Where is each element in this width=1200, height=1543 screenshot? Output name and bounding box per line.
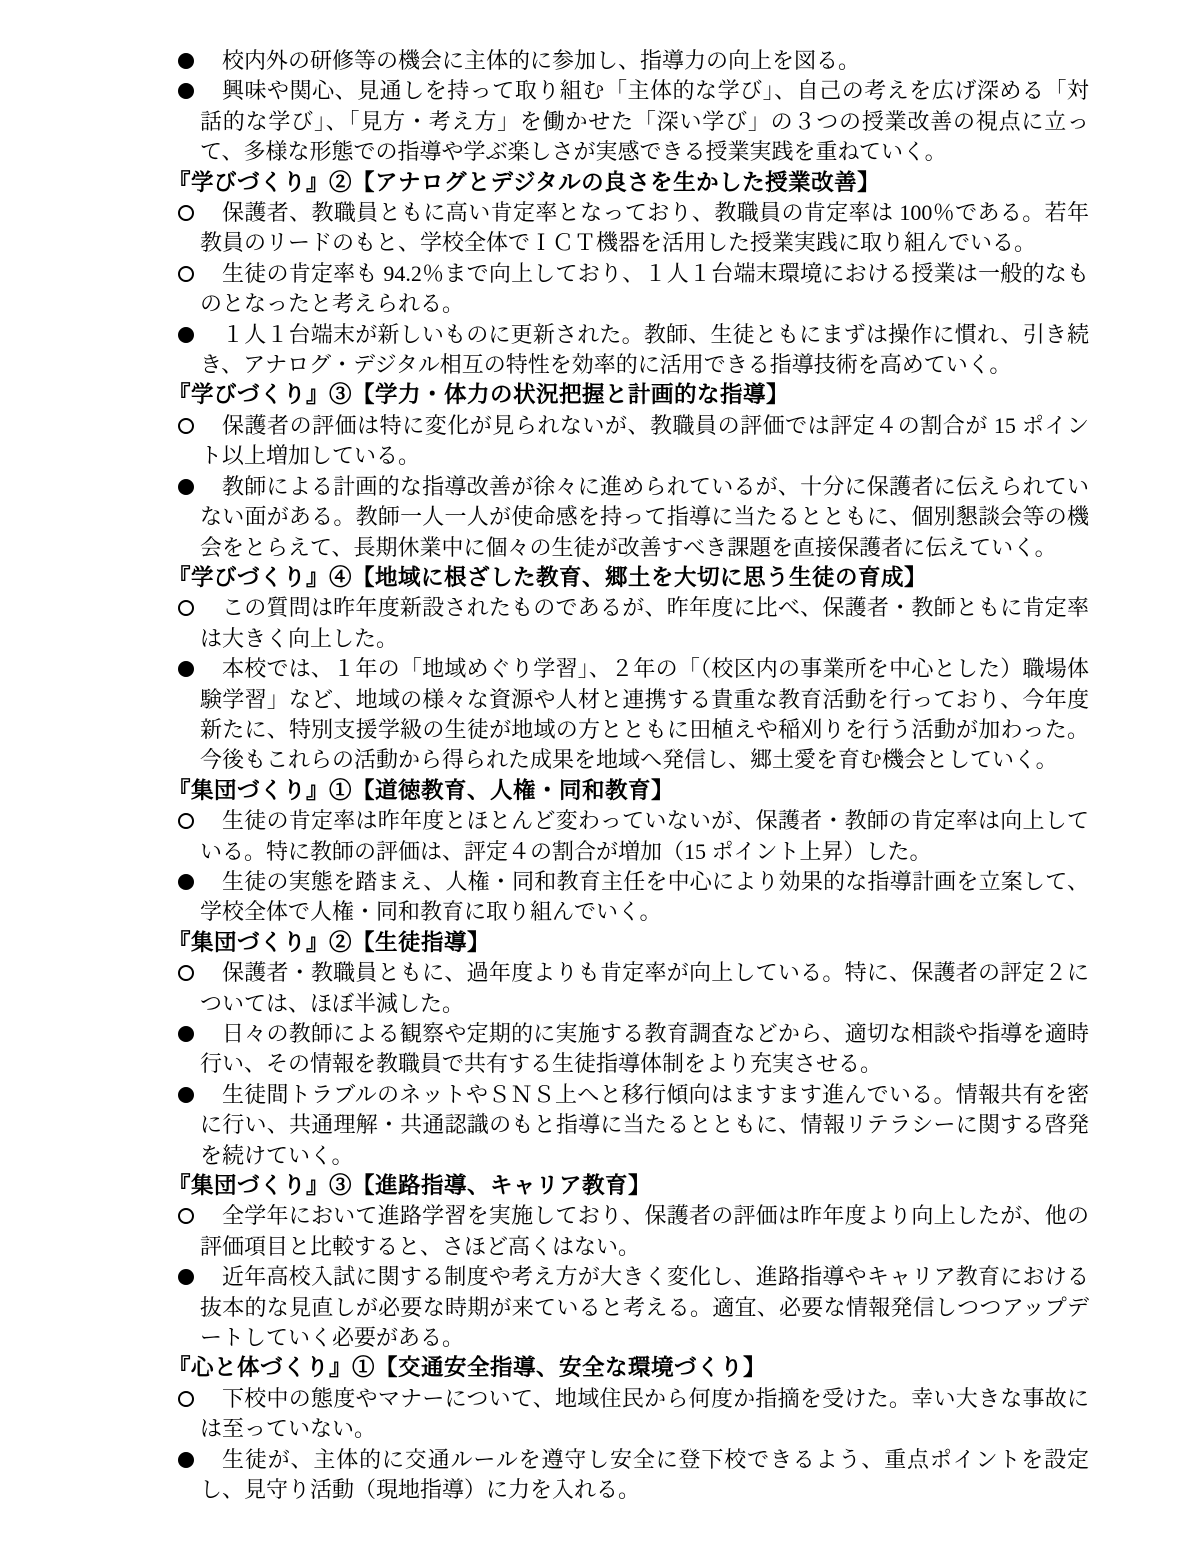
filled-circle-bullet-icon: [178, 1026, 194, 1042]
bullet-item: この質問は昨年度新設されたものであるが、昨年度に比べ、保護者・教師ともに肯定率は…: [168, 593, 1089, 654]
open-circle-bullet-icon: [178, 813, 194, 829]
bullet-item: 下校中の態度やマナーについて、地域住民から何度か指摘を受けた。幸い大きな事故には…: [168, 1384, 1089, 1445]
open-circle-bullet-icon: [178, 600, 194, 616]
bullet-text: 生徒の肯定率も 94.2％まで向上しており、１人１台端末環境における授業は一般的…: [200, 259, 1089, 320]
bullet-text: 下校中の態度やマナーについて、地域住民から何度か指摘を受けた。幸い大きな事故には…: [200, 1384, 1089, 1445]
filled-circle-bullet-icon: [178, 327, 194, 343]
section-heading: 『学びづくり』②【アナログとデジタルの良さを生かした授業改善】: [168, 168, 1089, 198]
bullet-item: 校内外の研修等の機会に主体的に参加し、指導力の向上を図る。: [168, 46, 1089, 76]
filled-circle-bullet-icon: [178, 1269, 194, 1285]
bullet-text: 生徒の実態を踏まえ、人権・同和教育主任を中心により効果的な指導計画を立案して、学…: [200, 867, 1089, 928]
bullet-text: 生徒が、主体的に交通ルールを遵守し安全に登下校できるよう、重点ポイントを設定し、…: [200, 1445, 1089, 1506]
bullet-item: 保護者・教職員ともに、過年度よりも肯定率が向上している。特に、保護者の評定２につ…: [168, 958, 1089, 1019]
bullet-text: 近年高校入試に関する制度や考え方が大きく変化し、進路指導やキャリア教育における抜…: [200, 1262, 1089, 1353]
open-circle-bullet-icon: [178, 965, 194, 981]
bullet-item: 生徒の肯定率は昨年度とほとんど変わっていないが、保護者・教師の肯定率は向上してい…: [168, 806, 1089, 867]
bullet-text: この質問は昨年度新設されたものであるが、昨年度に比べ、保護者・教師ともに肯定率は…: [200, 593, 1089, 654]
section-heading: 『学びづくり』④【地域に根ざした教育、郷土を大切に思う生徒の育成】: [168, 563, 1089, 593]
bullet-text: 興味や関心、見通しを持って取り組む「主体的な学び」、自己の考えを広げ深める「対話…: [200, 76, 1089, 167]
bullet-item: 近年高校入試に関する制度や考え方が大きく変化し、進路指導やキャリア教育における抜…: [168, 1262, 1089, 1353]
bullet-item: 保護者の評価は特に変化が見られないが、教職員の評価では評定４の割合が 15 ポイ…: [168, 411, 1089, 472]
filled-circle-bullet-icon: [178, 661, 194, 677]
open-circle-bullet-icon: [178, 205, 194, 221]
bullet-text: 本校では、１年の「地域めぐり学習」、２年の「（校区内の事業所を中心とした）職場体…: [200, 654, 1089, 776]
bullet-text: 保護者・教職員ともに、過年度よりも肯定率が向上している。特に、保護者の評定２につ…: [200, 958, 1089, 1019]
open-circle-bullet-icon: [178, 418, 194, 434]
open-circle-bullet-icon: [178, 266, 194, 282]
bullet-text: 全学年において進路学習を実施しており、保護者の評価は昨年度より向上したが、他の評…: [200, 1201, 1089, 1262]
open-circle-bullet-icon: [178, 1391, 194, 1407]
filled-circle-bullet-icon: [178, 1452, 194, 1468]
open-circle-bullet-icon: [178, 1208, 194, 1224]
bullet-item: 生徒の実態を踏まえ、人権・同和教育主任を中心により効果的な指導計画を立案して、学…: [168, 867, 1089, 928]
filled-circle-bullet-icon: [178, 874, 194, 890]
bullet-item: 生徒が、主体的に交通ルールを遵守し安全に登下校できるよう、重点ポイントを設定し、…: [168, 1445, 1089, 1506]
section-heading: 『心と体づくり』①【交通安全指導、安全な環境づくり】: [168, 1353, 1089, 1383]
bullet-text: 保護者の評価は特に変化が見られないが、教職員の評価では評定４の割合が 15 ポイ…: [200, 411, 1089, 472]
section-heading: 『集団づくり』②【生徒指導】: [168, 928, 1089, 958]
filled-circle-bullet-icon: [178, 83, 194, 99]
bullet-text: １人１台端末が新しいものに更新された。教師、生徒ともにまずは操作に慣れ、引き続き…: [200, 320, 1089, 381]
bullet-text: 生徒の肯定率は昨年度とほとんど変わっていないが、保護者・教師の肯定率は向上してい…: [200, 806, 1089, 867]
section-heading: 『集団づくり』③【進路指導、キャリア教育】: [168, 1171, 1089, 1201]
bullet-item: 保護者、教職員ともに高い肯定率となっており、教職員の肯定率は 100％である。若…: [168, 198, 1089, 259]
bullet-item: 全学年において進路学習を実施しており、保護者の評価は昨年度より向上したが、他の評…: [168, 1201, 1089, 1262]
bullet-item: 生徒間トラブルのネットやＳＮＳ上へと移行傾向はますます進んでいる。情報共有を密に…: [168, 1080, 1089, 1171]
bullet-text: 教師による計画的な指導改善が徐々に進められているが、十分に保護者に伝えられていな…: [200, 472, 1089, 563]
bullet-text: 生徒間トラブルのネットやＳＮＳ上へと移行傾向はますます進んでいる。情報共有を密に…: [200, 1080, 1089, 1171]
bullet-text: 保護者、教職員ともに高い肯定率となっており、教職員の肯定率は 100％である。若…: [200, 198, 1089, 259]
section-heading: 『集団づくり』①【道徳教育、人権・同和教育】: [168, 776, 1089, 806]
bullet-item: 本校では、１年の「地域めぐり学習」、２年の「（校区内の事業所を中心とした）職場体…: [168, 654, 1089, 776]
filled-circle-bullet-icon: [178, 1087, 194, 1103]
bullet-item: 興味や関心、見通しを持って取り組む「主体的な学び」、自己の考えを広げ深める「対話…: [168, 76, 1089, 167]
bullet-item: １人１台端末が新しいものに更新された。教師、生徒ともにまずは操作に慣れ、引き続き…: [168, 320, 1089, 381]
filled-circle-bullet-icon: [178, 479, 194, 495]
document-page: 校内外の研修等の機会に主体的に参加し、指導力の向上を図る。興味や関心、見通しを持…: [0, 0, 1200, 1543]
bullet-text: 校内外の研修等の機会に主体的に参加し、指導力の向上を図る。: [200, 46, 1089, 76]
filled-circle-bullet-icon: [178, 53, 194, 69]
bullet-item: 日々の教師による観察や定期的に実施する教育調査などから、適切な相談や指導を適時行…: [168, 1019, 1089, 1080]
document-body: 校内外の研修等の機会に主体的に参加し、指導力の向上を図る。興味や関心、見通しを持…: [168, 46, 1089, 1506]
bullet-item: 教師による計画的な指導改善が徐々に進められているが、十分に保護者に伝えられていな…: [168, 472, 1089, 563]
bullet-item: 生徒の肯定率も 94.2％まで向上しており、１人１台端末環境における授業は一般的…: [168, 259, 1089, 320]
bullet-text: 日々の教師による観察や定期的に実施する教育調査などから、適切な相談や指導を適時行…: [200, 1019, 1089, 1080]
section-heading: 『学びづくり』③【学力・体力の状況把握と計画的な指導】: [168, 380, 1089, 410]
